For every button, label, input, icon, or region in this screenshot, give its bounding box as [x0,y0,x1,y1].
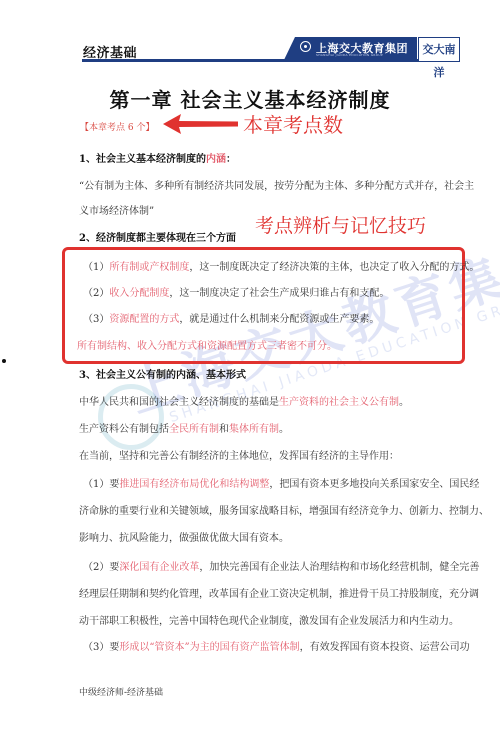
p-highlight-1: 全民所有制 [169,424,219,435]
heading-text: 1、社会主义基本经济制度的 [79,154,206,165]
item-highlight: 资源配置的方式 [109,314,179,325]
s2-item-2: （2）收入分配制度，这一制度决定了社会生产成果归谁占有和支配。 [83,284,389,299]
s3-item-1-line2: 济命脉的重要行业和关键领域，服务国家战略目标，增强国有经济竞争力、创新力、控制力… [79,502,489,517]
item-text: ，就是通过什么机制来分配资源或生产要素。 [179,314,379,325]
s3-item-3-line1: （3）要形成以“管资本”为主的国有资产监管体制，有效发挥国有资本投资、运营公司功 [83,638,470,653]
p-suffix: 。 [399,397,409,408]
heading-highlight: 内涵 [206,154,226,165]
item-prefix: （1）要 [83,479,119,490]
annotation-memory-tips: 考点辨析与记忆技巧 [255,211,426,238]
group-logo-icon [300,41,311,52]
section-1-quote-line1: “公有制为主体、多种所有制经济共同发展，按劳分配为主体、多种分配方式并存，社会主 [79,177,474,192]
item-number: （1） [83,262,109,273]
s3-item-2-line2: 经理层任期制和契约化管理，改革国有企业工资决定机制，推进骨干员工持股制度，充分调 [79,585,479,600]
item-number: （3） [83,314,109,325]
p-highlight-2: 集体所有制 [229,424,279,435]
item-text: ，这一制度既决定了经济决策的主体，也决定了收入分配的方式。 [189,262,479,273]
bullet-dot [2,359,6,363]
group-subtitle: SHANGHAI JIAODA EDUCATION GROUP [316,53,383,57]
item-highlight: 形成以“管资本”为主的国有资产监管体制 [119,642,299,653]
s3-paragraph-2: 生产资料公有制包括全民所有制和集体所有制。 [79,420,289,435]
heading-suffix: ： [226,154,236,165]
item-highlight: 深化国有企业改革 [119,562,199,573]
item-number: （2） [83,288,109,299]
s3-paragraph-1: 中华人民共和国的社会主义经济制度的基础是生产资料的社会主义公有制。 [79,393,409,408]
annotation-chapter-count: 本章考点数 [243,109,343,138]
p-text: 中华人民共和国的社会主义经济制度的基础是 [79,397,279,408]
section-1-heading: 1、社会主义基本经济制度的内涵： [79,150,236,165]
footer-text: 中级经济师-经济基础 [79,685,163,698]
p-highlight: 生产资料的社会主义公有制 [279,397,399,408]
s3-item-2-line1: （2）要深化国有企业改革，加快完善国有企业法人治理结构和市场化经营机制，健全完善 [83,558,479,573]
s3-item-1-line3: 影响力、抗风险能力，做强做优做大国有资本。 [79,529,289,544]
s2-summary: 所有制结构、收入分配方式和资源配置方式三者密不可分。 [77,337,337,352]
item-highlight: 收入分配制度 [109,288,169,299]
item-highlight: 推进国有经济布局优化和结构调整 [119,479,269,490]
s3-item-2-line3: 动干部职工积极性，完善中国特色现代企业制度，激发国有企业发展活力和内生动力。 [79,612,459,627]
s2-item-1: （1）所有制或产权制度，这一制度既决定了经济决策的主体，也决定了收入分配的方式。 [83,258,479,273]
chapter-badge: 【本章考点 6 个】 [80,120,154,133]
brand-label: 交大南洋 [418,37,460,62]
item-text: ，把国有资本更多地投向关系国家安全、国民经 [269,479,479,490]
left-arrow-icon [163,113,238,135]
section-3-heading: 3、社会主义公有制的内涵、基本形式 [79,366,246,381]
s2-item-3: （3）资源配置的方式，就是通过什么机制来分配资源或生产要素。 [83,310,379,325]
p-mid: 和 [219,424,229,435]
item-text: ，有效发挥国有资本投资、运营公司功 [300,642,470,653]
section-1-quote-line2: 义市场经济体制” [79,202,154,217]
p-text: 生产资料公有制包括 [79,424,169,435]
item-prefix: （2）要 [83,562,119,573]
s3-item-1-line1: （1）要推进国有经济布局优化和结构调整，把国有资本更多地投向关系国家安全、国民经 [83,475,479,490]
item-highlight: 所有制或产权制度 [109,262,189,273]
s3-paragraph-3: 在当前，坚持和完善公有制经济的主体地位，发挥国有经济的主导作用： [79,447,399,462]
item-text: ，这一制度决定了社会生产成果归谁占有和支配。 [169,288,389,299]
section-2-heading: 2、经济制度都主要体现在三个方面 [79,229,236,244]
item-text: ，加快完善国有企业法人治理结构和市场化经营机制，健全完善 [199,562,479,573]
p-suffix: 。 [279,424,289,435]
item-prefix: （3）要 [83,642,119,653]
